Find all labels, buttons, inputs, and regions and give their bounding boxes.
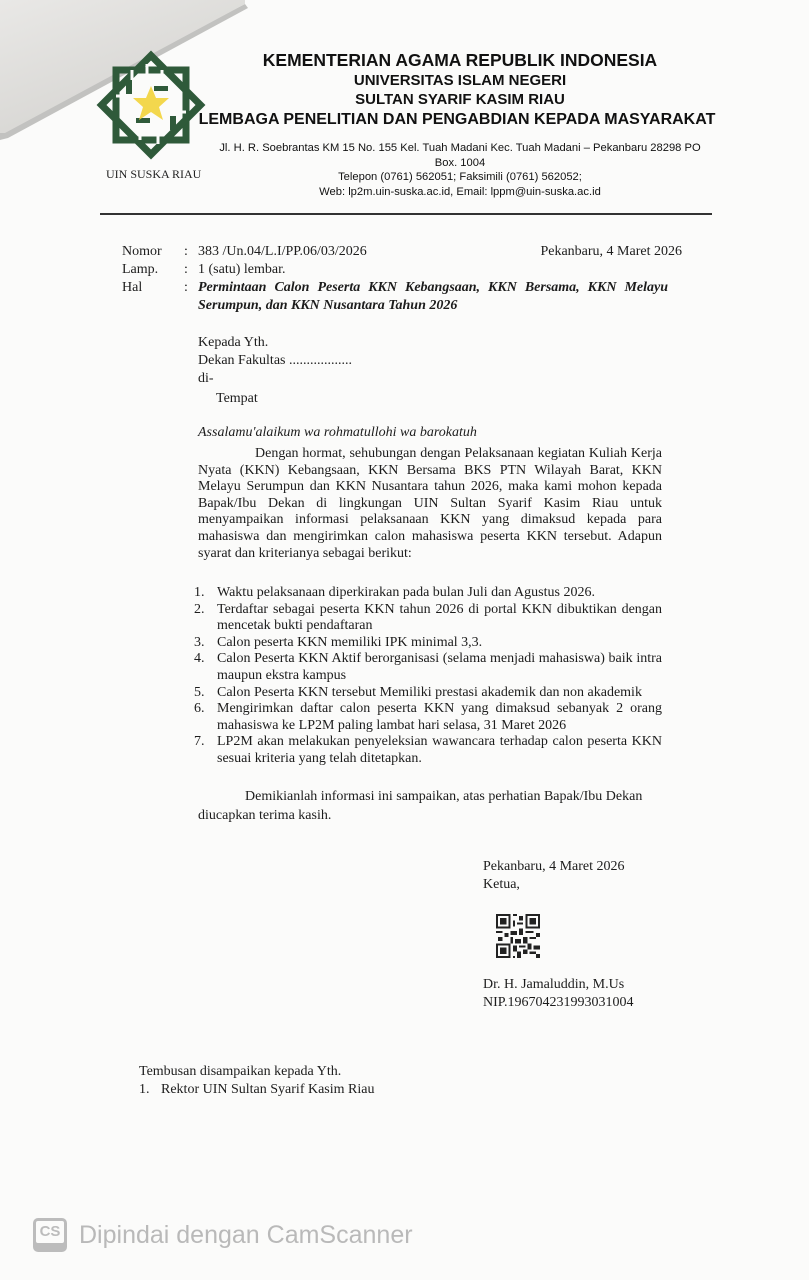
letterhead-divider [100,213,712,215]
phone-line: Telepon (0761) 562051; Faksimili (0761) … [200,170,720,185]
cc-title: Tembusan disampaikan kepada Yth. [139,1063,374,1081]
list-item: 6.Mengirimkan daftar calon peserta KKN y… [194,701,662,734]
ministry-name: KEMENTERIAN AGAMA REPUBLIK INDONESIA [200,50,720,71]
watermark-text: Dipindai dengan CamScanner [79,1221,413,1250]
colon: : [184,261,198,279]
university-name-1: UNIVERSITAS ISLAM NEGERI [200,71,720,90]
item-number: 1. [139,1081,161,1099]
list-item: 4.Calon Peserta KKN Aktif berorganisasi … [194,651,662,684]
lamp-label: Lamp. [122,261,184,279]
item-number: 3. [194,635,217,652]
addressee-line-3: di- [198,370,352,388]
item-number: 5. [194,685,217,702]
addressee: Kepada Yth. Dekan Fakultas .............… [198,334,352,408]
nomor-label: Nomor [122,243,184,261]
university-name-2: SULTAN SYARIF KASIM RIAU [200,90,720,109]
list-item: 1. Rektor UIN Sultan Syarif Kasim Riau [139,1081,374,1099]
item-text: Terdaftar sebagai peserta KKN tahun 2026… [217,602,662,635]
list-item: 7.LP2M akan melakukan penyeleksian wawan… [194,734,662,767]
greeting: Assalamu'alaikum wa rohmatullohi wa baro… [198,425,477,441]
signature-position: Ketua, [483,876,625,894]
signatory-name: Dr. H. Jamaluddin, M.Us [483,976,634,994]
item-text: Rektor UIN Sultan Syarif Kasim Riau [161,1081,374,1099]
body-paragraph: Dengan hormat, sehubungan dengan Pelaksa… [198,446,662,562]
logo-caption: UIN SUSKA RIAU [106,167,201,182]
signature-place-date: Pekanbaru, 4 Maret 2026 [483,858,625,876]
institute-name: LEMBAGA PENELITIAN DAN PENGABDIAN KEPADA… [194,109,720,130]
camscanner-watermark: CS Dipindai dengan CamScanner [33,1218,413,1252]
item-text: Mengirimkan daftar calon peserta KKN yan… [217,701,662,734]
address-line-1: Jl. H. R. Soebrantas KM 15 No. 155 Kel. … [200,141,720,156]
list-item: 2.Terdaftar sebagai peserta KKN tahun 20… [194,602,662,635]
qr-code-icon [496,914,540,958]
item-text: Calon peserta KKN memiliki IPK minimal 3… [217,635,662,652]
letterhead-text: KEMENTERIAN AGAMA REPUBLIK INDONESIA UNI… [200,50,720,199]
item-text: Waktu pelaksanaan diperkirakan pada bula… [217,585,662,602]
signatory-nip: NIP.196704231993031004 [483,994,634,1012]
list-item: 1.Waktu pelaksanaan diperkirakan pada bu… [194,585,662,602]
item-number: 4. [194,651,217,684]
colon: : [184,279,198,315]
criteria-list: 1.Waktu pelaksanaan diperkirakan pada bu… [194,585,662,768]
uin-suska-logo-icon [92,46,210,164]
addressee-line-2: Dekan Fakultas .................. [198,352,352,370]
signatory: Dr. H. Jamaluddin, M.Us NIP.196704231993… [483,976,634,1012]
camscanner-icon-text: CS [36,1221,64,1243]
camscanner-icon: CS [33,1218,67,1252]
lamp-value: 1 (satu) lembar. [198,261,682,279]
web-email-line: Web: lp2m.uin-suska.ac.id, Email: lppm@u… [200,185,720,200]
item-number: 1. [194,585,217,602]
closing-paragraph: Demikianlah informasi ini sampaikan, ata… [198,787,662,825]
letter-date: Pekanbaru, 4 Maret 2026 [540,243,682,261]
item-text: Calon Peserta KKN tersebut Memiliki pres… [217,685,662,702]
carbon-copy: Tembusan disampaikan kepada Yth. 1. Rekt… [139,1063,374,1099]
list-item: 5.Calon Peserta KKN tersebut Memiliki pr… [194,685,662,702]
hal-value: Permintaan Calon Peserta KKN Kebangsaan,… [198,279,668,315]
item-number: 7. [194,734,217,767]
item-number: 2. [194,602,217,635]
address-line-2: Box. 1004 [200,156,720,171]
item-text: Calon Peserta KKN Aktif berorganisasi (s… [217,651,662,684]
addressee-line-4: Tempat [198,390,352,408]
hal-label: Hal [122,279,184,315]
list-item: 3.Calon peserta KKN memiliki IPK minimal… [194,635,662,652]
item-number: 6. [194,701,217,734]
addressee-line-1: Kepada Yth. [198,334,352,352]
signature-header: Pekanbaru, 4 Maret 2026 Ketua, [483,858,625,894]
item-text: LP2M akan melakukan penyeleksian wawanca… [217,734,662,767]
colon: : [184,243,198,261]
letter-meta: Pekanbaru, 4 Maret 2026 Nomor : 383 /Un.… [122,243,682,315]
